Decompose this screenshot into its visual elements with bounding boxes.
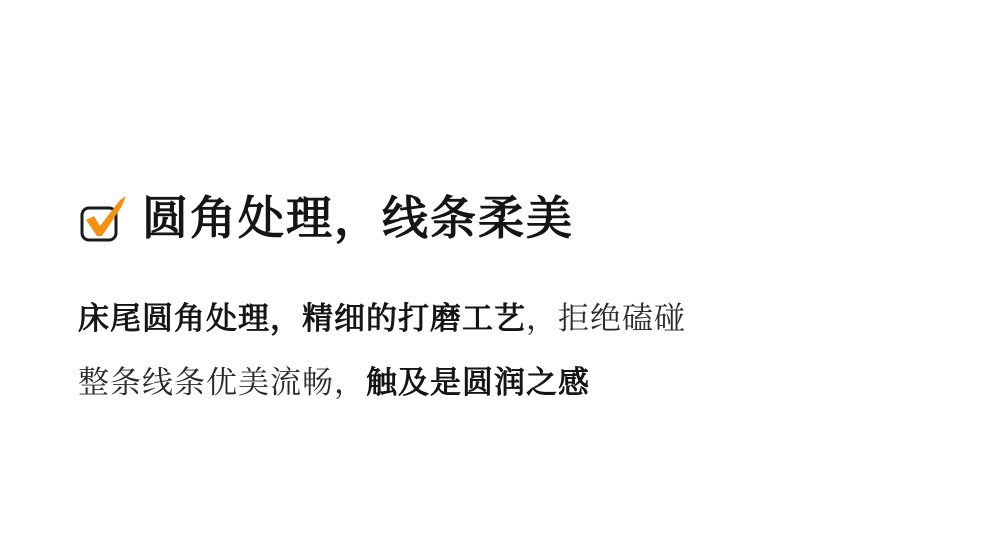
description-line-2: 整条线条优美流畅，触及是圆润之感 bbox=[78, 368, 590, 399]
line2-regular-text: 整条线条优美流畅， bbox=[78, 365, 366, 401]
heading-title: 圆角处理，线条柔美 bbox=[142, 195, 574, 241]
line2-bold-text: 触及是圆润之感 bbox=[366, 365, 590, 401]
line1-bold-text: 床尾圆角处理，精细的打磨工艺 bbox=[78, 301, 526, 337]
section-heading: 圆角处理，线条柔美 bbox=[80, 186, 574, 250]
line1-regular-text: ，拒绝磕碰 bbox=[526, 301, 686, 337]
checkbox-check-icon bbox=[80, 192, 128, 244]
description-line-1: 床尾圆角处理，精细的打磨工艺，拒绝磕碰 bbox=[78, 304, 686, 335]
